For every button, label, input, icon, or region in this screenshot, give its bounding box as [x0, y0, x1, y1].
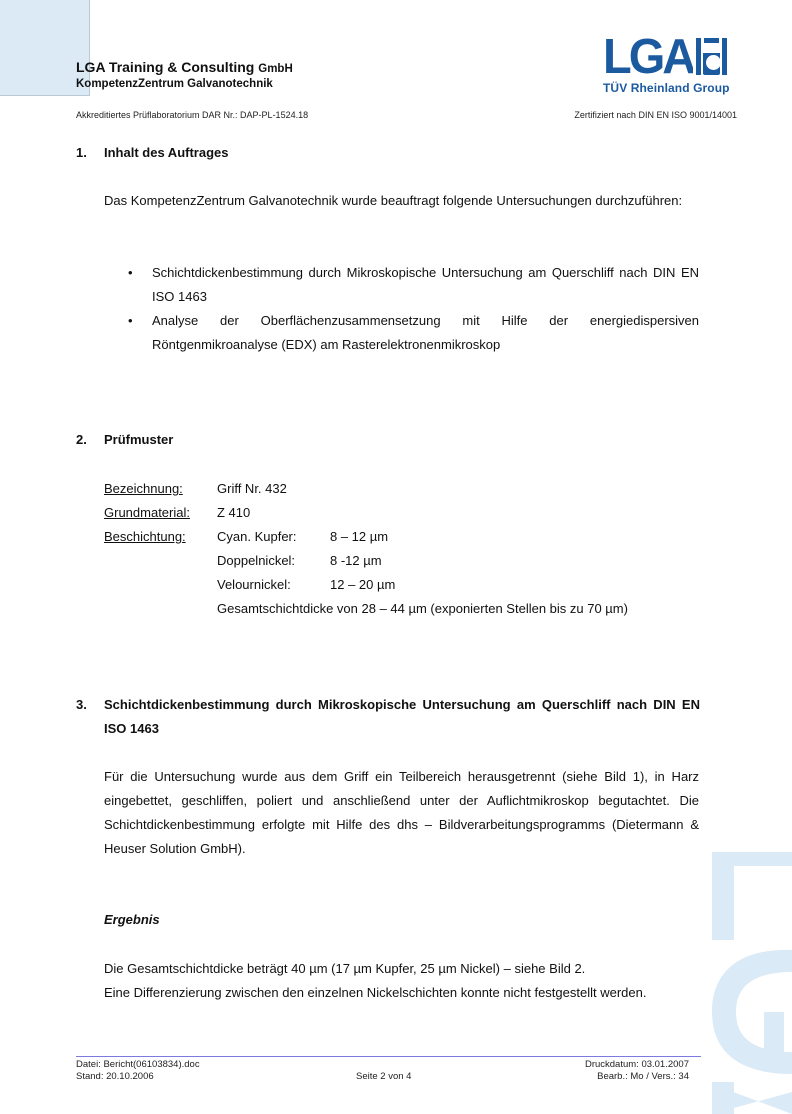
footer-right: Druckdatum: 03.01.2007 Bearb.: Mo / Vers…: [585, 1059, 689, 1083]
spec-row-grundmaterial: Grundmaterial: Z 410: [104, 501, 628, 525]
company-suffix: GmbH: [258, 63, 293, 75]
section-1-heading: 1.Inhalt des Auftrages: [76, 141, 700, 165]
spec-row-beschichtung: Beschichtung: Cyan. Kupfer: 8 – 12 µm: [104, 525, 628, 549]
bullet-icon: •: [128, 261, 133, 285]
department-name: KompetenzZentrum Galvanotechnik: [76, 77, 293, 91]
section-3-heading: 3.Schichtdickenbestimmung durch Mikrosko…: [76, 693, 700, 741]
section-number: 3.: [76, 693, 104, 717]
section-2-heading: 2.Prüfmuster: [76, 428, 700, 452]
lga-watermark-icon: [702, 852, 792, 1114]
section-3-body: Für die Untersuchung wurde aus dem Griff…: [104, 765, 699, 861]
company-name: LGA Training & Consulting GmbH: [76, 59, 293, 77]
section-title: Schichtdickenbestimmung durch Mikroskopi…: [104, 693, 700, 741]
bullet-icon: •: [128, 309, 133, 333]
spec-row-total: Gesamtschichtdicke von 28 – 44 µm (expon…: [104, 597, 628, 621]
footer-left: Datei: Bericht(06103834).doc Stand: 20.1…: [76, 1059, 200, 1083]
logo-text: LGA: [603, 36, 693, 76]
accreditation-text: Akkreditiertes Prüflaboratorium DAR Nr.:…: [76, 110, 308, 120]
logo-mark-icon: [696, 38, 727, 75]
certification-text: Zertifiziert nach DIN EN ISO 9001/14001: [574, 110, 737, 120]
company-block: LGA Training & Consulting GmbH Kompetenz…: [76, 59, 293, 91]
footer-file: Datei: Bericht(06103834).doc: [76, 1059, 200, 1071]
company-name-text: LGA Training & Consulting: [76, 59, 254, 75]
footer-stand: Stand: 20.10.2006: [76, 1071, 200, 1083]
footer-editor: Bearb.: Mo / Vers.: 34: [585, 1071, 689, 1083]
lga-logo: LGA TÜV Rheinland Group: [603, 37, 737, 95]
result-line-1: Die Gesamtschichtdicke beträgt 40 µm (17…: [104, 957, 699, 981]
result-heading: Ergebnis: [104, 908, 160, 932]
section-title: Prüfmuster: [104, 428, 700, 452]
spec-row-bezeichnung: Bezeichnung: Griff Nr. 432: [104, 477, 628, 501]
list-item: •Analyse der Oberflächenzusammensetzung …: [104, 309, 699, 357]
result-line-2: Eine Differenzierung zwischen den einzel…: [104, 981, 699, 1005]
page-number: Seite 2 von 4: [356, 1071, 411, 1083]
sample-specs: Bezeichnung: Griff Nr. 432 Grundmaterial…: [104, 477, 628, 621]
section-number: 1.: [76, 141, 104, 165]
list-item: •Schichtdickenbestimmung durch Mikroskop…: [104, 261, 699, 309]
logo-subtitle: TÜV Rheinland Group: [603, 81, 737, 95]
task-list: •Schichtdickenbestimmung durch Mikroskop…: [104, 261, 699, 357]
footer-divider: [76, 1056, 701, 1057]
footer-print-date: Druckdatum: 03.01.2007: [585, 1059, 689, 1071]
result-text: Die Gesamtschichtdicke beträgt 40 µm (17…: [104, 957, 699, 1005]
section-number: 2.: [76, 428, 104, 452]
spec-row-layer: Doppelnickel: 8 -12 µm: [104, 549, 628, 573]
section-1-intro: Das KompetenzZentrum Galvanotechnik wurd…: [104, 189, 699, 213]
spec-row-layer: Velournickel: 12 – 20 µm: [104, 573, 628, 597]
section-title: Inhalt des Auftrages: [104, 141, 700, 165]
